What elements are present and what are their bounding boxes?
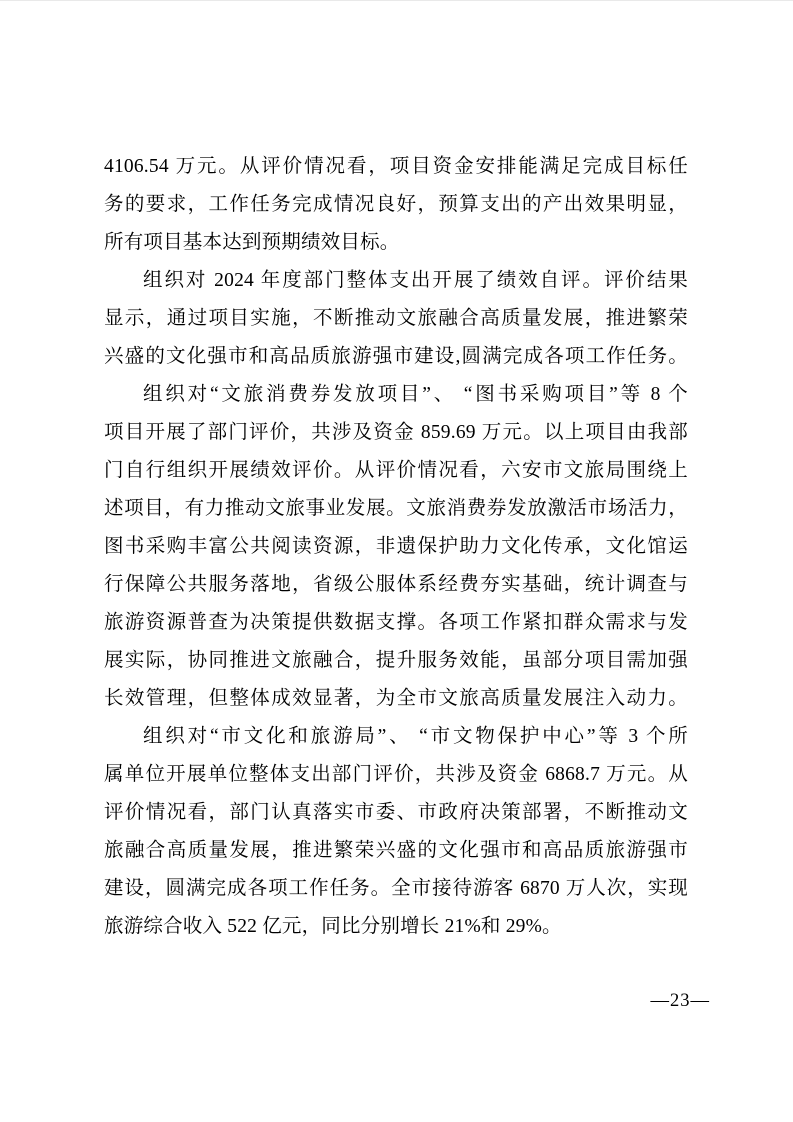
text-line: 旅融合高质量发展，推进繁荣兴盛的文化强市和高品质旅游强市 [104, 832, 688, 870]
page-number: —23— [651, 989, 711, 1013]
document-body: 4106.54 万元。从评价情况看，项目资金安排能满足完成目标任务的要求，工作任… [104, 148, 688, 946]
text-line: 图书采购丰富公共阅读资源，非遗保护助力文化传承，文化馆运 [104, 528, 688, 566]
text-line: 行保障公共服务落地，省级公服体系经费夯实基础，统计调查与 [104, 566, 688, 604]
text-line: 建设，圆满完成各项工作任务。全市接待游客 6870 万人次，实现 [104, 870, 688, 908]
text-line: 门自行组织开展绩效评价。从评价情况看，六安市文旅局围绕上 [104, 452, 688, 490]
text-line: 显示，通过项目实施，不断推动文旅融合高质量发展，推进繁荣 [104, 300, 688, 338]
text-line: 4106.54 万元。从评价情况看，项目资金安排能满足完成目标任 [104, 148, 688, 186]
text-line: 评价情况看，部门认真落实市委、市政府决策部署，不断推动文 [104, 794, 688, 832]
text-line: 旅游资源普查为决策提供数据支撑。各项工作紧扣群众需求与发 [104, 604, 688, 642]
text-line: 展实际，协同推进文旅融合，提升服务效能，虽部分项目需加强 [104, 642, 688, 680]
text-line: 组织对“市文化和旅游局”、 “市文物保护中心”等 3 个所 [104, 718, 688, 756]
text-line: 务的要求，工作任务完成情况良好，预算支出的产出效果明显， [104, 186, 688, 224]
text-line: 旅游综合收入 522 亿元，同比分别增长 21%和 29%。 [104, 908, 688, 946]
text-line: 组织对 2024 年度部门整体支出开展了绩效自评。评价结果 [104, 262, 688, 300]
text-line: 兴盛的文化强市和高品质旅游强市建设,圆满完成各项工作任务。 [104, 338, 688, 376]
text-line: 组织对“文旅消费券发放项目”、 “图书采购项目”等 8 个 [104, 376, 688, 414]
text-line: 所有项目基本达到预期绩效目标。 [104, 224, 688, 262]
text-line: 项目开展了部门评价，共涉及资金 859.69 万元。以上项目由我部 [104, 414, 688, 452]
page-number-row: —23— [104, 989, 688, 1013]
text-line: 长效管理，但整体成效显著，为全市文旅高质量发展注入动力。 [104, 680, 688, 718]
document-page: 4106.54 万元。从评价情况看，项目资金安排能满足完成目标任务的要求，工作任… [0, 0, 793, 1122]
text-line: 述项目，有力推动文旅事业发展。文旅消费券发放激活市场活力， [104, 490, 688, 528]
text-line: 属单位开展单位整体支出部门评价，共涉及资金 6868.7 万元。从 [104, 756, 688, 794]
